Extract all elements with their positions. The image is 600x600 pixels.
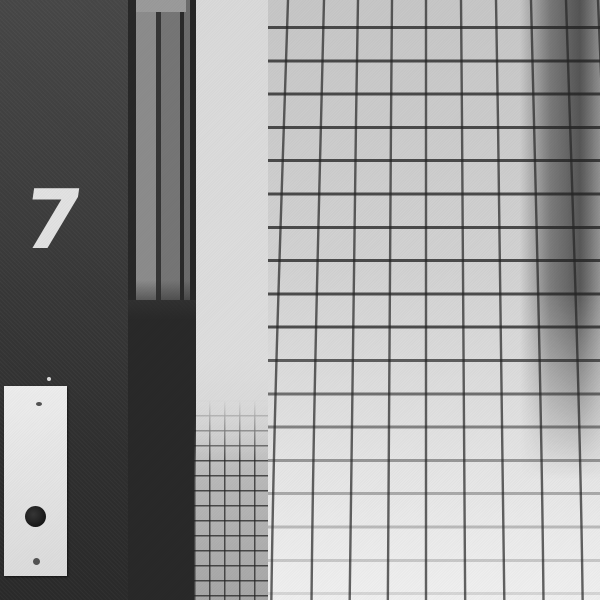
plate-screw-top [36,402,42,406]
photograph: 7 [0,0,600,600]
metal-door-frame [128,0,196,300]
frame-shadow [128,280,196,600]
frame-hinge [136,0,186,12]
wall-speck [47,377,51,381]
vertical-wires [268,0,600,600]
wall-plate [4,386,67,576]
small-wired-glass [194,400,268,600]
plate-screw-bottom [33,558,40,565]
push-button [25,506,46,527]
